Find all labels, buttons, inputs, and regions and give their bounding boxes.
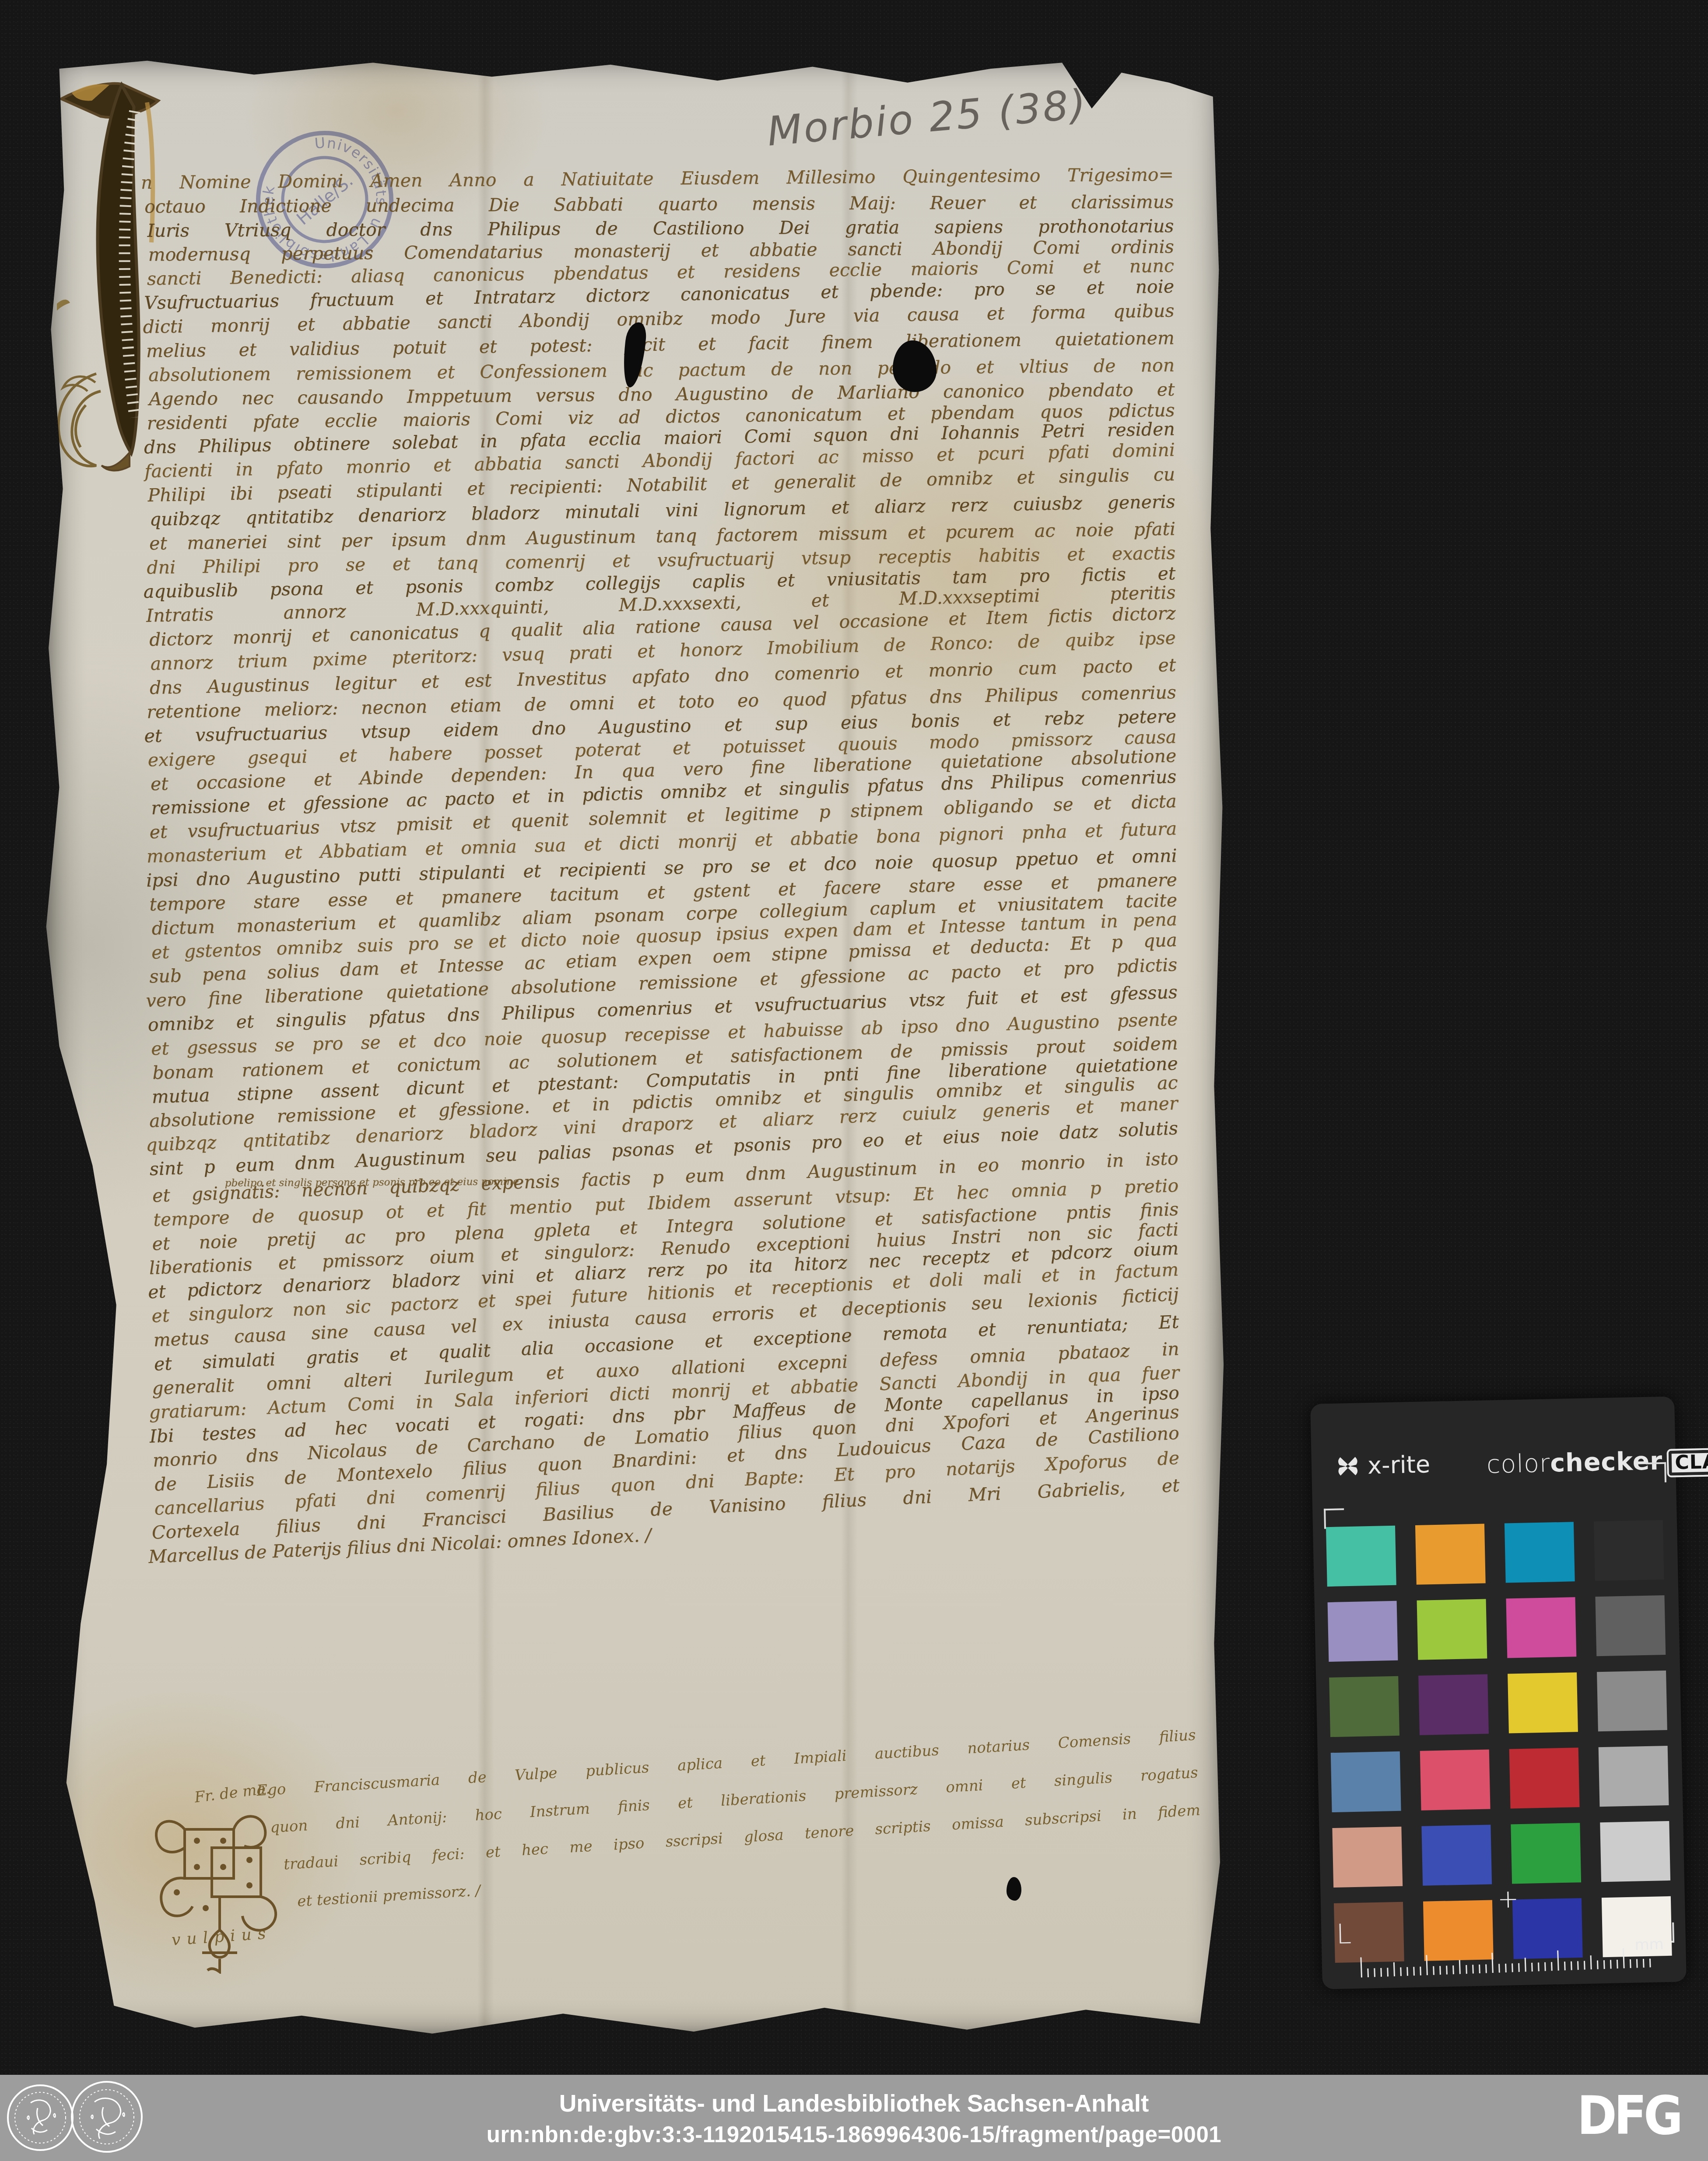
ruler-tick bbox=[1485, 1964, 1487, 1973]
color-swatch bbox=[1328, 1601, 1398, 1662]
library-seal-icons bbox=[5, 2077, 145, 2159]
ruler-tick bbox=[1597, 1961, 1599, 1969]
xrite-brand-text: x-rite bbox=[1367, 1450, 1430, 1479]
ruler-tick bbox=[1571, 1961, 1572, 1970]
ruler-tick bbox=[1544, 1962, 1546, 1971]
ruler-tick bbox=[1518, 1963, 1520, 1972]
ruler-tick bbox=[1393, 1962, 1395, 1976]
color-swatch bbox=[1332, 1827, 1403, 1888]
dfg-logo: DFG bbox=[1577, 2084, 1680, 2147]
ruler-tick bbox=[1643, 1959, 1645, 1968]
ruler-unit-label: mm bbox=[1634, 1935, 1664, 1954]
color-swatch bbox=[1418, 1674, 1489, 1735]
ruler-tick bbox=[1590, 1955, 1592, 1969]
notary-subscription: Ego Franciscusmaria de Vulpe publicus ap… bbox=[256, 1716, 1204, 1923]
color-swatch bbox=[1597, 1671, 1667, 1731]
ruler-tick bbox=[1452, 1965, 1454, 1974]
color-swatch bbox=[1329, 1676, 1399, 1737]
color-swatch bbox=[1417, 1599, 1487, 1660]
registration-bracket-icon bbox=[1324, 1508, 1344, 1529]
color-swatch bbox=[1511, 1823, 1581, 1884]
color-swatch bbox=[1599, 1746, 1669, 1807]
ruler-tick bbox=[1459, 1960, 1461, 1974]
ruler-tick bbox=[1512, 1963, 1513, 1972]
color-swatch bbox=[1415, 1524, 1486, 1585]
color-swatch bbox=[1421, 1825, 1492, 1885]
ruler-tick bbox=[1551, 1962, 1553, 1971]
ruler-tick bbox=[1525, 1958, 1526, 1972]
ruler-tick bbox=[1446, 1966, 1448, 1975]
ruler-tick bbox=[1380, 1968, 1382, 1977]
center-cross-mark: + bbox=[1497, 1884, 1519, 1914]
footer-bar: Universitäts- und Landesbibliothek Sachs… bbox=[0, 2075, 1708, 2161]
color-swatch bbox=[1506, 1597, 1576, 1658]
shelfmark-annotation: Morbio 25 (38) bbox=[765, 81, 1090, 155]
ruler-tick bbox=[1479, 1965, 1480, 1973]
ruler-tick bbox=[1584, 1961, 1585, 1970]
corner-l-mark: L bbox=[1336, 1918, 1352, 1950]
parchment-hole bbox=[1007, 1877, 1021, 1901]
color-swatch bbox=[1509, 1748, 1580, 1808]
color-swatch bbox=[1594, 1520, 1664, 1581]
xrite-x-icon bbox=[1334, 1452, 1361, 1480]
ruler-tick bbox=[1491, 1953, 1494, 1973]
footer-institution: Universitäts- und Landesbibliothek Sachs… bbox=[487, 2089, 1221, 2117]
ruler-tick bbox=[1426, 1955, 1428, 1975]
ruler-tick bbox=[1505, 1964, 1507, 1972]
color-swatch bbox=[1331, 1751, 1401, 1812]
footer-text: Universitäts- und Landesbibliothek Sachs… bbox=[487, 2089, 1221, 2147]
ruler-tick bbox=[1603, 1960, 1605, 1969]
ruler-tick bbox=[1439, 1966, 1441, 1975]
ruler-tick bbox=[1498, 1964, 1500, 1972]
ruler-tick bbox=[1367, 1968, 1369, 1977]
colorchecker-title-light: color bbox=[1486, 1449, 1550, 1479]
ruler-tick bbox=[1538, 1962, 1540, 1971]
ruler-tick bbox=[1610, 1960, 1612, 1969]
ruler-tick bbox=[1413, 1967, 1415, 1975]
ruler-tick bbox=[1387, 1968, 1389, 1976]
color-swatch bbox=[1508, 1672, 1578, 1733]
ruler-tick bbox=[1531, 1963, 1533, 1972]
color-swatch bbox=[1600, 1821, 1670, 1882]
ruler-tick bbox=[1466, 1965, 1467, 1974]
colorchecker-header: x-rite colorcheckerCLASSIC bbox=[1311, 1438, 1676, 1494]
color-swatch bbox=[1595, 1595, 1666, 1656]
color-swatch bbox=[1420, 1749, 1491, 1810]
ruler-tick bbox=[1360, 1957, 1362, 1977]
ruler-tick bbox=[1577, 1961, 1579, 1970]
colorchecker-title: colorcheckerCLASSIC bbox=[1486, 1444, 1708, 1480]
footer-urn: urn:nbn:de:gbv:3:3-1192015415-1869964306… bbox=[487, 2121, 1221, 2147]
ruler-tick bbox=[1420, 1967, 1421, 1975]
ruler-tick bbox=[1630, 1959, 1631, 1968]
registration-bracket-icon bbox=[1646, 1462, 1666, 1483]
xrite-logo: x-rite bbox=[1334, 1450, 1430, 1480]
ruler-tick bbox=[1472, 1965, 1474, 1974]
ruler-tick bbox=[1400, 1967, 1402, 1976]
color-swatch bbox=[1326, 1526, 1396, 1587]
colorchecker-edition-badge: CLASSIC bbox=[1669, 1449, 1708, 1476]
ruler-tick bbox=[1374, 1968, 1375, 1977]
ruler-tick bbox=[1623, 1948, 1625, 1968]
ruler-tick bbox=[1557, 1951, 1559, 1971]
ruler-tick bbox=[1433, 1966, 1434, 1975]
ruler-tick bbox=[1636, 1959, 1638, 1968]
ruler-tick bbox=[1406, 1967, 1408, 1976]
colorchecker-card: x-rite colorcheckerCLASSIC + L mm bbox=[1310, 1396, 1687, 1989]
ruler-tick bbox=[1617, 1960, 1618, 1968]
ruler-tick bbox=[1649, 1958, 1651, 1967]
scan-stage: Universitäts- u. Landesbibliothek Halle/… bbox=[0, 0, 1708, 2161]
color-swatch bbox=[1505, 1522, 1575, 1583]
ruler-tick bbox=[1564, 1961, 1566, 1970]
manuscript-lines: n Nomine Domini Amen Anno a Natiuitate E… bbox=[141, 165, 1181, 1569]
